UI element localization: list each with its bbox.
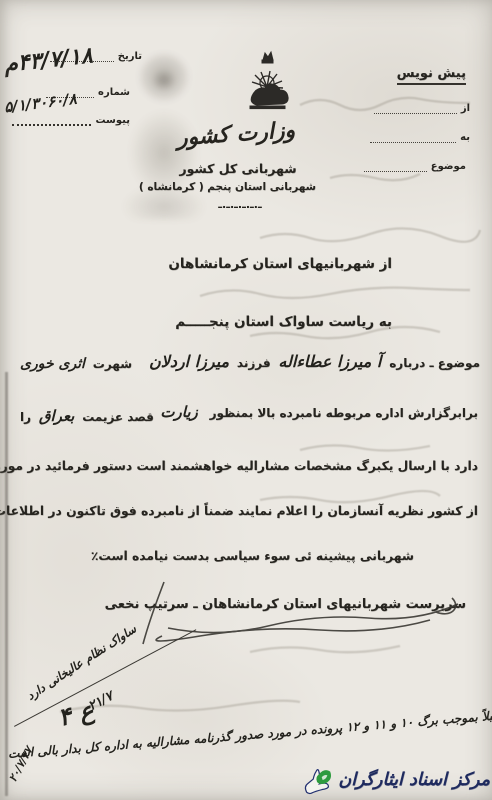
intent-suffix: را bbox=[20, 410, 31, 424]
subject-label: موضوع bbox=[431, 161, 466, 172]
subject-field-row: موضوع bbox=[364, 160, 466, 172]
report-line: برابرگزارش اداره مربوطه نامبرده بالا بمن… bbox=[160, 403, 478, 421]
father-name-handwritten: میرزا اردلان bbox=[149, 352, 229, 371]
from-label: از bbox=[461, 103, 470, 114]
intent-group: قصد عزیمت بعراق را bbox=[20, 407, 154, 425]
attachment-field-row: پیوست bbox=[12, 113, 130, 126]
attachment-label: پیوست bbox=[95, 115, 130, 126]
body-to-line: به ریاست ساواک استان پنجـــــم bbox=[175, 314, 392, 330]
surname-group: شهرت اثری خوری bbox=[20, 356, 132, 372]
subject-field-line bbox=[364, 160, 427, 172]
body-from-line: از شهربانیهای استان کرمانشاهان bbox=[168, 256, 392, 272]
attachment-field-line bbox=[12, 113, 91, 126]
child-of-label: فرزند bbox=[237, 356, 271, 370]
number-label: شماره bbox=[98, 87, 130, 98]
surname-label: شهرت bbox=[93, 357, 132, 371]
subject-name-handwritten: آ میرزا عطاءاله bbox=[278, 352, 381, 371]
pilgrimage-handwritten: زیارت bbox=[160, 403, 197, 421]
letterhead-provincial-police: شهربانی استان پنجم ( کرمانشاه ) bbox=[160, 181, 316, 193]
letterhead-national-police: شهربانی کل کشور bbox=[176, 161, 300, 176]
from-field-line bbox=[374, 102, 457, 114]
intent-typed-text: قصد عزیمت bbox=[82, 410, 154, 424]
date-handwritten-value: ۴۳/۷/۱۸م bbox=[3, 43, 94, 77]
from-field-row: از bbox=[374, 102, 470, 114]
body-paragraph-line2: از کشور نظریه آنسازمان را اعلام نمایند ض… bbox=[0, 504, 478, 518]
signature-title: سرپرست شهربانیهای استان کرمانشاهان ـ سرت… bbox=[105, 597, 466, 612]
draft-title: پیش نویس bbox=[397, 66, 466, 85]
archive-logo-text: مرکز اسناد ایثارگران bbox=[338, 770, 490, 790]
scanned-document-page: تاریخ ۴۳/۷/۱۸م شماره ۵/۱/۳۰۶۰/۸ پیوست وز… bbox=[0, 0, 492, 800]
report-typed-text: برابرگزارش اداره مربوطه نامبرده بالا بمن… bbox=[210, 406, 478, 420]
to-field-row: به bbox=[370, 131, 470, 143]
letterhead-divider: ـ.ـ.ـ.ـ.ـ.ـ bbox=[188, 198, 292, 211]
body-paragraph-line3: شهربانی پیشینه ئی سوء سیاسی بدست نیامده … bbox=[91, 549, 414, 563]
destination-handwritten: بعراق bbox=[39, 407, 75, 425]
subject-prefix: موضوع ـ درباره bbox=[389, 356, 480, 370]
archive-logo: مرکز اسناد ایثارگران bbox=[301, 764, 490, 796]
hand-tulip-icon bbox=[301, 764, 333, 796]
to-field-line bbox=[370, 131, 456, 143]
lion-sun-emblem-icon bbox=[241, 50, 295, 120]
body-subject-line: موضوع ـ درباره آ میرزا عطاءاله فرزند میر… bbox=[145, 352, 480, 371]
date-label: تاریخ bbox=[118, 51, 142, 62]
scan-edge-shadow bbox=[5, 372, 8, 796]
surname-handwritten: اثری خوری bbox=[20, 356, 85, 372]
body-paragraph-line1: دارد با ارسال یکبرگ مشخصات مشارالیه خواه… bbox=[0, 459, 478, 473]
to-label: به bbox=[460, 132, 470, 143]
